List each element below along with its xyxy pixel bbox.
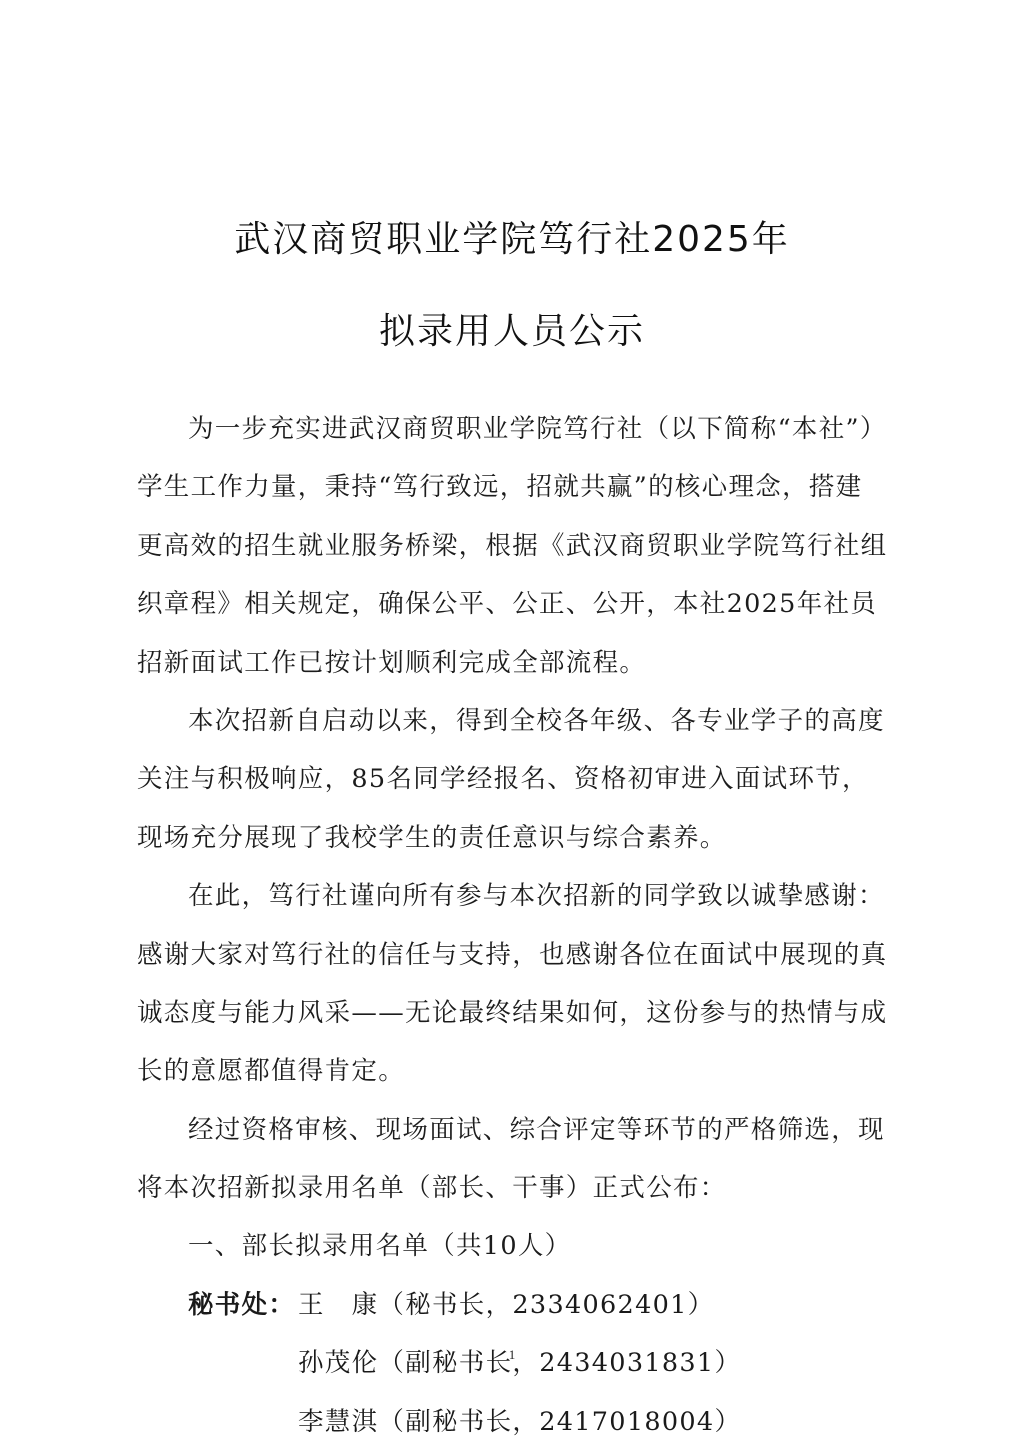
paragraph-line: 长的意愿都值得肯定。 <box>137 1042 910 1100</box>
document-title-line2: 拟录用人员公示 <box>0 312 1024 352</box>
paragraph-line: 经过资格审核、现场面试、综合评定等环节的严格筛选，现 <box>137 1101 910 1159</box>
list-item: 秘书处： 王 康（秘书长，2334062401） <box>137 1276 910 1334</box>
paragraph-line: 诚态度与能力风采——无论最终结果如何，这份参与的热情与成 <box>137 984 910 1042</box>
paragraph-3: 在此，笃行社谨向所有参与本次招新的同学致以诚挚感谢： 感谢大家对笃行社的信任与支… <box>137 867 910 1101</box>
paragraph-line: 学生工作力量，秉持“笃行致远，招就共赢”的核心理念，搭建 <box>137 458 910 516</box>
member-entry: 王 康（秘书长，2334062401） <box>298 1276 714 1334</box>
document-title-line1: 武汉商贸职业学院笃行社2025年 <box>0 220 1024 260</box>
paragraph-line: 在此，笃行社谨向所有参与本次招新的同学致以诚挚感谢： <box>137 867 910 925</box>
paragraph-line: 为一步充实进武汉商贸职业学院笃行社（以下简称“本社”） <box>137 400 910 458</box>
page-number: 1 <box>0 1347 1024 1363</box>
member-entry: 孙茂伦（副秘书长，2434031831） <box>298 1334 741 1392</box>
list-item: 李慧淇（副秘书长，2417018004） <box>137 1393 910 1448</box>
department-name: 秘书处： <box>188 1276 295 1334</box>
document-body: 为一步充实进武汉商贸职业学院笃行社（以下简称“本社”） 学生工作力量，秉持“笃行… <box>137 400 910 1448</box>
document-page: 武汉商贸职业学院笃行社2025年 拟录用人员公示 为一步充实进武汉商贸职业学院笃… <box>0 0 1024 1448</box>
paragraph-line: 更高效的招生就业服务桥梁，根据《武汉商贸职业学院笃行社组 <box>137 517 910 575</box>
paragraph-line: 关注与积极响应，85名同学经报名、资格初审进入面试环节， <box>137 750 910 808</box>
section-heading: 一、部长拟录用名单（共10人） <box>137 1217 910 1275</box>
paragraph-line: 将本次招新拟录用名单（部长、干事）正式公布： <box>137 1159 910 1217</box>
paragraph-line: 本次招新自启动以来，得到全校各年级、各专业学子的高度 <box>137 692 910 750</box>
list-item: 孙茂伦（副秘书长，2434031831） <box>137 1334 910 1392</box>
paragraph-1: 为一步充实进武汉商贸职业学院笃行社（以下简称“本社”） 学生工作力量，秉持“笃行… <box>137 400 910 692</box>
paragraph-line: 招新面试工作已按计划顺利完成全部流程。 <box>137 634 910 692</box>
paragraph-line: 感谢大家对笃行社的信任与支持，也感谢各位在面试中展现的真 <box>137 926 910 984</box>
paragraph-2: 本次招新自启动以来，得到全校各年级、各专业学子的高度 关注与积极响应，85名同学… <box>137 692 910 867</box>
paragraph-4: 经过资格审核、现场面试、综合评定等环节的严格筛选，现 将本次招新拟录用名单（部长… <box>137 1101 910 1218</box>
paragraph-line: 织章程》相关规定，确保公平、公正、公开，本社2025年社员 <box>137 575 910 633</box>
paragraph-line: 现场充分展现了我校学生的责任意识与综合素养。 <box>137 809 910 867</box>
member-entry: 李慧淇（副秘书长，2417018004） <box>298 1393 741 1448</box>
